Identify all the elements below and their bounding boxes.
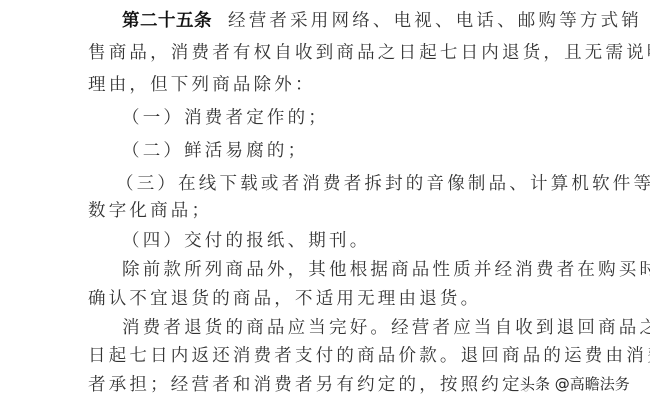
list-item: （一）消费者定作的； xyxy=(122,107,329,129)
paragraph-line: 日起七日内返还消费者支付的商品价款。退回商品的运费由消费 xyxy=(88,345,650,367)
text-line: 理由，但下列商品除外： xyxy=(88,74,316,96)
list-item: （二）鲜活易腐的； xyxy=(122,140,308,162)
text-line: 数字化商品； xyxy=(88,200,212,222)
paragraph-line: 确认不宜退货的商品，不适用无理由退货。 xyxy=(88,288,481,310)
paragraph-line: 者承担；经营者和消费者另有约定的，按照约定。 xyxy=(88,374,543,396)
document-page: 第二十五条经营者采用网络、电视、电话、邮购等方式销 售商品，消费者有权自收到商品… xyxy=(0,0,650,402)
text-line: 经营者采用网络、电视、电话、邮购等方式销 xyxy=(228,11,642,31)
watermark: 头条 @高瞻法务 xyxy=(520,373,630,394)
article-first-line: 第二十五条经营者采用网络、电视、电话、邮购等方式销 xyxy=(122,10,642,32)
article-title: 第二十五条 xyxy=(122,11,212,31)
list-item: （三）在线下载或者消费者拆封的音像制品、计算机软件等 xyxy=(116,173,650,195)
paragraph-line: 消费者退货的商品应当完好。经营者应当自收到退回商品之 xyxy=(122,317,650,339)
paragraph-line: 除前款所列商品外，其他根据商品性质并经消费者在购买时 xyxy=(122,259,650,281)
text-line: 售商品，消费者有权自收到商品之日起七日内退货，且无需说明 xyxy=(88,42,650,64)
list-item: （四）交付的报纸、期刊。 xyxy=(122,230,370,252)
